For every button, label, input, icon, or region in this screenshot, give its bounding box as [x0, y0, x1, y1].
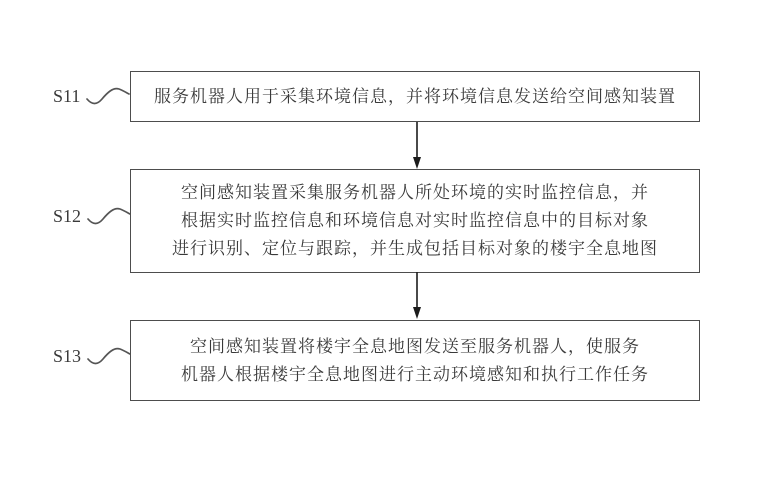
flow-box-s12-text-line2: 根据实时监控信息和环境信息对实时监控信息中的目标对象 — [181, 207, 649, 235]
squiggle-connector-s13 — [87, 344, 131, 368]
squiggle-connector-s11 — [86, 84, 130, 108]
flow-box-s11-text: 服务机器人用于采集环境信息，并将环境信息发送给空间感知装置 — [154, 83, 676, 111]
flowchart-canvas: S11 服务机器人用于采集环境信息，并将环境信息发送给空间感知装置 S12 空间… — [0, 0, 767, 482]
flow-box-s13: 空间感知装置将楼宇全息地图发送至服务机器人，使服务 机器人根据楼宇全息地图进行主… — [130, 320, 700, 401]
flow-box-s12-text-line1: 空间感知装置采集服务机器人所处环境的实时监控信息，并 — [181, 179, 649, 207]
down-arrow-s12-to-s13 — [410, 272, 424, 320]
flow-box-s13-text-line1: 空间感知装置将楼宇全息地图发送至服务机器人，使服务 — [190, 333, 640, 361]
flow-box-s13-text-line2: 机器人根据楼宇全息地图进行主动环境感知和执行工作任务 — [181, 361, 649, 389]
flow-box-s11: 服务机器人用于采集环境信息，并将环境信息发送给空间感知装置 — [130, 71, 700, 122]
flow-box-s12-text-line3: 进行识别、定位与跟踪，并生成包括目标对象的楼宇全息地图 — [172, 235, 658, 263]
flow-box-s12: 空间感知装置采集服务机器人所处环境的实时监控信息，并 根据实时监控信息和环境信息… — [130, 169, 700, 273]
squiggle-connector-s12 — [87, 204, 131, 228]
down-arrow-s11-to-s12 — [410, 122, 424, 170]
